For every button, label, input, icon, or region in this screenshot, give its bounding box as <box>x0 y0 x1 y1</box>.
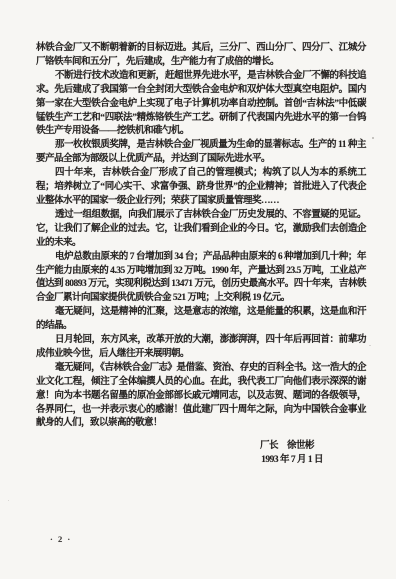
preface-text-block: 林铁合金厂又不断朝着新的目标迈进。其后，三分厂、西山分厂、四分厂、江城分厂铬铁车… <box>36 42 366 468</box>
paragraph: 电炉总数由原来的 7 台增加到 34 台；产品品种由原来的 6 种增加到几十种；… <box>36 251 366 307</box>
scan-speck <box>372 137 374 139</box>
signature-block: 厂长 徐世彬 1993 年 7 月 1 日 <box>36 440 366 468</box>
scan-speck <box>8 500 9 501</box>
scanned-book-page: 林铁合金厂又不断朝着新的目标迈进。其后，三分厂、西山分厂、四分厂、江城分厂铬铁车… <box>0 0 396 579</box>
scan-speck <box>369 345 371 346</box>
paragraph: 透过一组组数据，向我们展示了吉林铁合金厂历史发展的、不容置疑的见证。它，让我们了… <box>36 209 366 251</box>
paragraph: 四十年来，吉林铁合金厂形成了自己的管理模式；构筑了以人为本的系统工程；培养树立了… <box>36 167 366 209</box>
paragraph: 不断进行技术改造和更新，赶超世界先进水平，是吉林铁合金厂不懈的科技追求。先后建成… <box>36 70 366 140</box>
paragraph: 毫无疑问，这是精神的汇聚，这是意志的浓缩，这是能量的积累，这是血和汗的结晶。 <box>36 306 366 334</box>
signature-date: 1993 年 7 月 1 日 <box>36 454 366 468</box>
page-number: · 2 · <box>50 534 72 544</box>
paragraph: 毫无疑问，《吉林铁合金厂志》是借鉴、资治、存史的百科全书。这一浩大的企业文化工程… <box>36 362 366 432</box>
signature-name: 厂长 徐世彬 <box>36 440 366 454</box>
paragraph: 那一枚枚银质奖牌，是吉林铁合金厂视质量为生命的显著标志。生产的 11 种主要产品… <box>36 139 366 167</box>
paragraph: 日月轮回，东方风来，改革开放的大潮，澎澎湃湃，四十年后再回首：前辈功成伟业映今世… <box>36 334 366 362</box>
paragraph: 林铁合金厂又不断朝着新的目标迈进。其后，三分厂、西山分厂、四分厂、江城分厂铬铁车… <box>36 42 366 70</box>
